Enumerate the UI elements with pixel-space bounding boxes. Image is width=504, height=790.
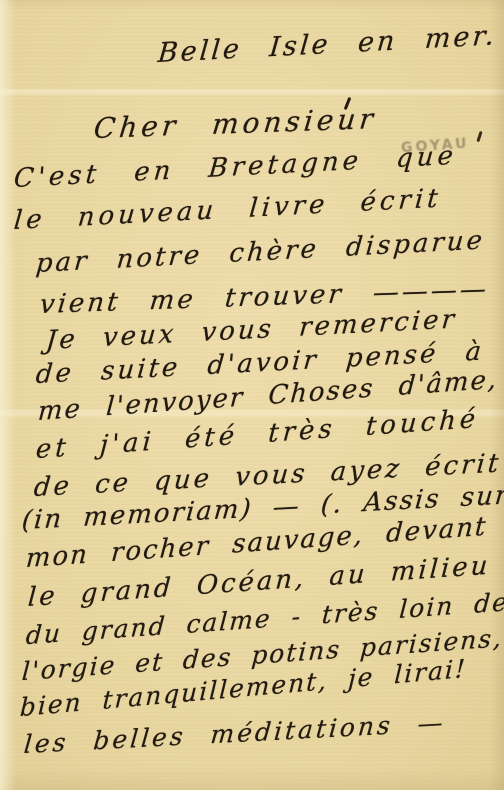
manuscript-line: par notre chère disparue — [35, 225, 487, 279]
letter-heading: Belle Isle en mer. — [157, 20, 499, 69]
stamp-accent-mark — [476, 131, 482, 142]
manuscript-line: le nouveau livre écrit — [13, 183, 443, 236]
letter-salutation: Cher monsieur — [92, 102, 378, 145]
letter-page: Belle Isle en mer. Cher monsieur GOYAU C… — [0, 0, 504, 790]
